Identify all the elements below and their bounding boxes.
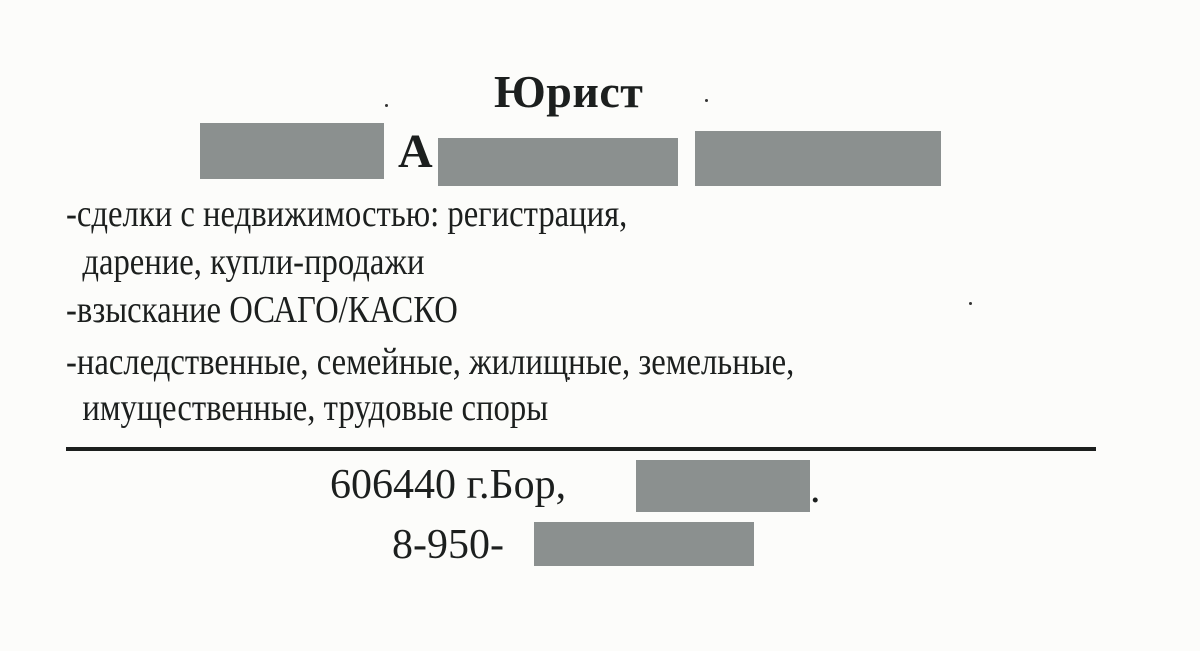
redacted-surname bbox=[200, 123, 384, 179]
service-line: имущественные, трудовые споры bbox=[66, 386, 548, 430]
address-text: 606440 г.Бор, bbox=[330, 460, 566, 510]
service-line: -наследственные, семейные, жилищные, зем… bbox=[66, 340, 794, 384]
address-period: . bbox=[810, 464, 821, 514]
divider bbox=[66, 447, 1096, 451]
card-title: Юрист bbox=[494, 64, 643, 120]
phone-text: 8-950- bbox=[392, 520, 504, 570]
print-speck bbox=[385, 104, 388, 107]
business-card: Юрист А -сделки с недвижимостью: регистр… bbox=[0, 0, 1200, 651]
redacted-phone bbox=[534, 522, 754, 566]
service-line: -сделки с недвижимостью: регистрация, bbox=[66, 192, 627, 236]
redacted-first-name bbox=[438, 138, 678, 186]
redacted-street bbox=[636, 460, 810, 512]
service-line: дарение, купли-продажи bbox=[66, 240, 424, 284]
print-speck bbox=[567, 377, 570, 380]
service-line: -взыскание ОСАГО/КАСКО bbox=[66, 288, 458, 332]
print-speck bbox=[705, 99, 708, 102]
name-initial: А bbox=[398, 124, 433, 180]
redacted-patronymic bbox=[695, 131, 941, 186]
print-speck bbox=[969, 302, 972, 305]
